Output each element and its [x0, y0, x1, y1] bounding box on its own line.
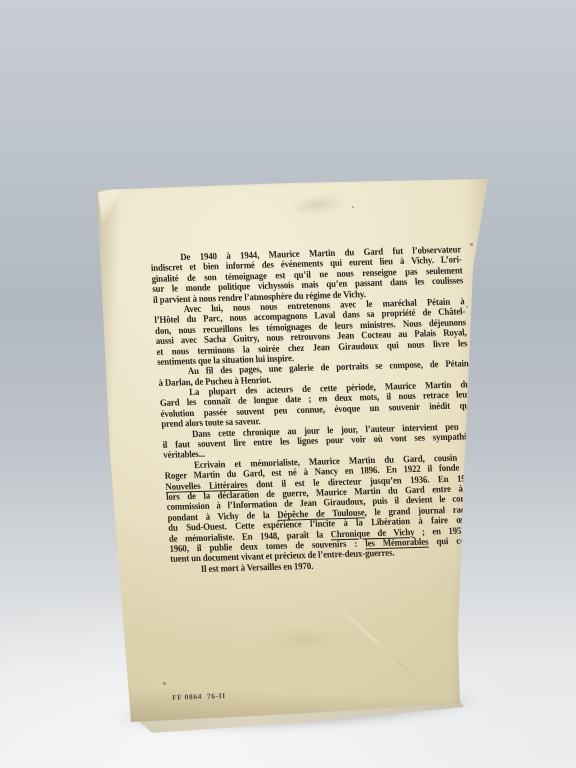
book-back-cover: De 1940 à 1944, Maurice Martin du Gard f… [0, 0, 576, 768]
speck-mark [352, 206, 354, 208]
underlined-title: les [466, 462, 476, 473]
print-code: FF 0864 76-II [172, 691, 226, 702]
speck-mark [470, 243, 473, 246]
speck-mark [163, 682, 166, 685]
stain-mark [262, 628, 342, 650]
speck-mark [466, 306, 468, 308]
underlined-title: les Mémorables [365, 537, 429, 550]
cover-line-text: qui consti- [428, 535, 481, 547]
photo-backdrop: De 1940 à 1944, Maurice Martin du Gard f… [0, 0, 576, 768]
cover-text: De 1940 à 1944, Maurice Martin du Gard f… [150, 245, 482, 576]
